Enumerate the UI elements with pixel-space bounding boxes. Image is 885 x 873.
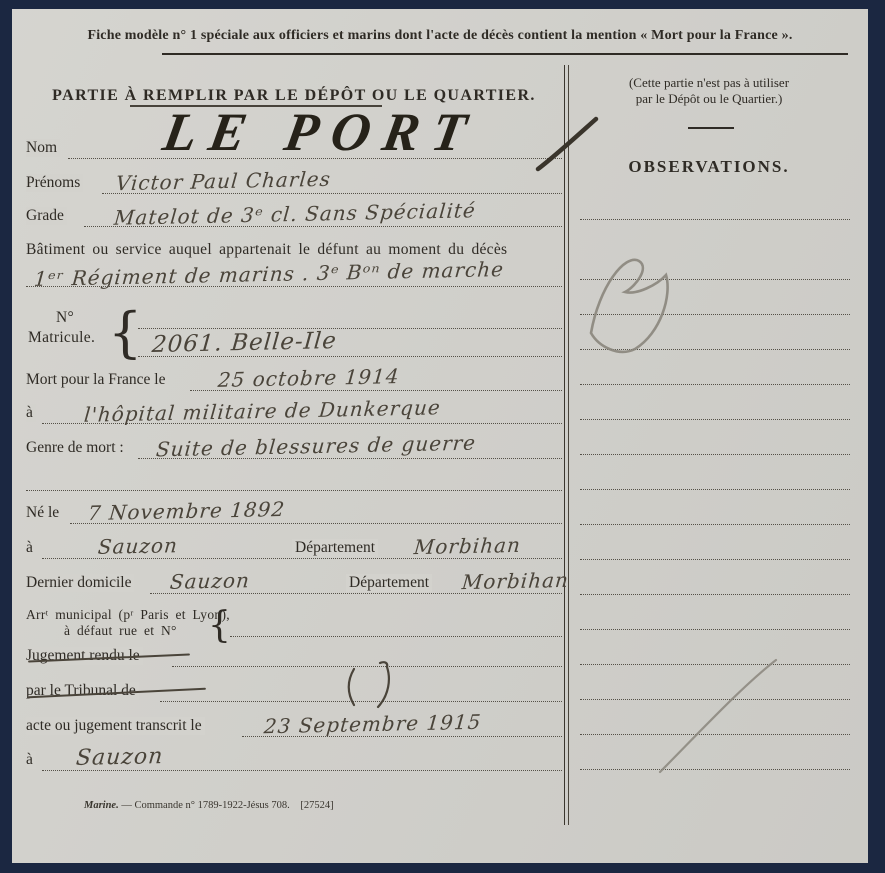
field-nom: Nom (26, 133, 562, 159)
field-value-handwritten: Suite de blessures de guerre (155, 431, 477, 462)
matricule-label-line2: Matricule. (28, 329, 95, 347)
field-mort-a: à l'hôpital militaire de Dunkerque (26, 398, 562, 424)
right-note-line2: par le Dépôt ou le Quartier.) (568, 91, 850, 107)
observation-dotted-rule (580, 419, 850, 420)
right-column-note: (Cette partie n'est pas à utiliser par l… (568, 75, 850, 107)
dotted-rule (230, 636, 562, 637)
field-label: à (26, 404, 36, 422)
dotted-rule (68, 158, 562, 159)
pen-parentheses-mark (342, 661, 394, 709)
field-label: à (26, 751, 36, 769)
observation-dotted-rule (580, 629, 850, 630)
right-note-divider (688, 127, 734, 129)
field-label: Mort pour la France le (26, 371, 168, 389)
field-label: à (26, 539, 36, 557)
observation-dotted-rule (580, 454, 850, 455)
field-label: Grade (26, 207, 67, 225)
imprint-rest: — Commande n° 1789-1922-Jésus 708. (121, 800, 289, 811)
pencil-scribble-mark (577, 237, 707, 367)
field-value-handwritten: 23 Septembre 1915 (263, 710, 482, 739)
field-label: Dernier domicile (26, 574, 134, 592)
field-value-handwritten: Sauzon (97, 533, 179, 559)
arrt-brace: { (208, 605, 231, 646)
field-value-handwritten: 2061. Belle-Ile (151, 328, 338, 358)
field-transcrit-a: à Sauzon (26, 745, 562, 771)
arrt-label-line1: Arrᵗ municipal (pʳ Paris et Lyon), (26, 607, 230, 623)
field-value-handwritten: 25 octobre 1914 (217, 364, 401, 392)
observation-dotted-rule (580, 384, 850, 385)
field-tribunal: par le Tribunal de (26, 676, 562, 702)
field-label: Né le (26, 504, 62, 522)
field-value-handwritten: Sauzon (169, 568, 251, 594)
record-card: Fiche modèle n° 1 spéciale aux officiers… (12, 9, 868, 863)
field-grade: Grade Matelot de 3ᵉ cl. Sans Spécialité (26, 201, 562, 227)
field-ne-a: à Sauzon Département Morbihan (26, 533, 562, 559)
field-batiment-label: Bâtiment ou service auquel appartenait l… (26, 241, 507, 259)
field-genre-mort: Genre de mort : Suite de blessures de gu… (26, 433, 562, 459)
field-value-handwritten: Morbihan (413, 533, 522, 559)
arrt-value-line (230, 611, 562, 637)
departement-label: Département (292, 539, 378, 557)
arrt-label-line2: à défaut rue et N° (64, 623, 177, 639)
matricule-line-2: 2061. Belle-Ile (138, 331, 562, 357)
dotted-rule (26, 490, 562, 491)
form-header-note: Fiche modèle n° 1 spéciale aux officiers… (12, 28, 868, 44)
field-label: acte ou jugement transcrit le (26, 717, 205, 735)
column-divider-rule (564, 65, 569, 825)
dotted-rule (138, 328, 562, 329)
observation-dotted-rule (580, 489, 850, 490)
field-label: Prénoms (26, 174, 83, 192)
printer-imprint: Marine. — Commande n° 1789-1922-Jésus 70… (84, 800, 334, 811)
field-prenoms: Prénoms Victor Paul Charles (26, 168, 562, 194)
field-label: Genre de mort : (26, 439, 127, 457)
field-value-handwritten: Morbihan (461, 568, 570, 594)
matricule-line-1 (138, 303, 562, 329)
field-value-handwritten: Sauzon (75, 744, 164, 771)
header-underline (162, 53, 848, 55)
scanned-record-frame: Fiche modèle n° 1 spéciale aux officiers… (0, 0, 885, 873)
observation-dotted-rule (580, 219, 850, 220)
imprint-ref: [27524] (300, 800, 333, 811)
observation-dotted-rule (580, 524, 850, 525)
field-jugement: Jugement rendu le (26, 641, 562, 667)
field-mort-le: Mort pour la France le 25 octobre 1914 (26, 365, 562, 391)
dotted-rule (42, 770, 562, 771)
observation-dotted-rule (580, 559, 850, 560)
field-ne-le: Né le 7 Novembre 1892 (26, 498, 562, 524)
field-domicile: Dernier domicile Sauzon Département Morb… (26, 568, 562, 594)
field-batiment-value: 1ᵉʳ Régiment de marins . 3ᵉ Bᵒⁿ de march… (26, 261, 562, 287)
field-transcrit: acte ou jugement transcrit le 23 Septemb… (26, 711, 562, 737)
field-label: Nom (26, 139, 60, 157)
matricule-label-line1: N° (56, 309, 74, 327)
observation-dotted-rule (580, 594, 850, 595)
observations-title: OBSERVATIONS. (568, 157, 850, 177)
field-value-handwritten: Victor Paul Charles (115, 167, 332, 196)
separator-dotted-line (26, 465, 562, 491)
field-value-handwritten: 7 Novembre 1892 (87, 497, 286, 525)
departement-label: Département (346, 574, 432, 592)
imprint-lead: Marine. (84, 800, 119, 811)
pencil-stroke-mark (652, 654, 782, 779)
right-note-line1: (Cette partie n'est pas à utiliser (568, 75, 850, 91)
